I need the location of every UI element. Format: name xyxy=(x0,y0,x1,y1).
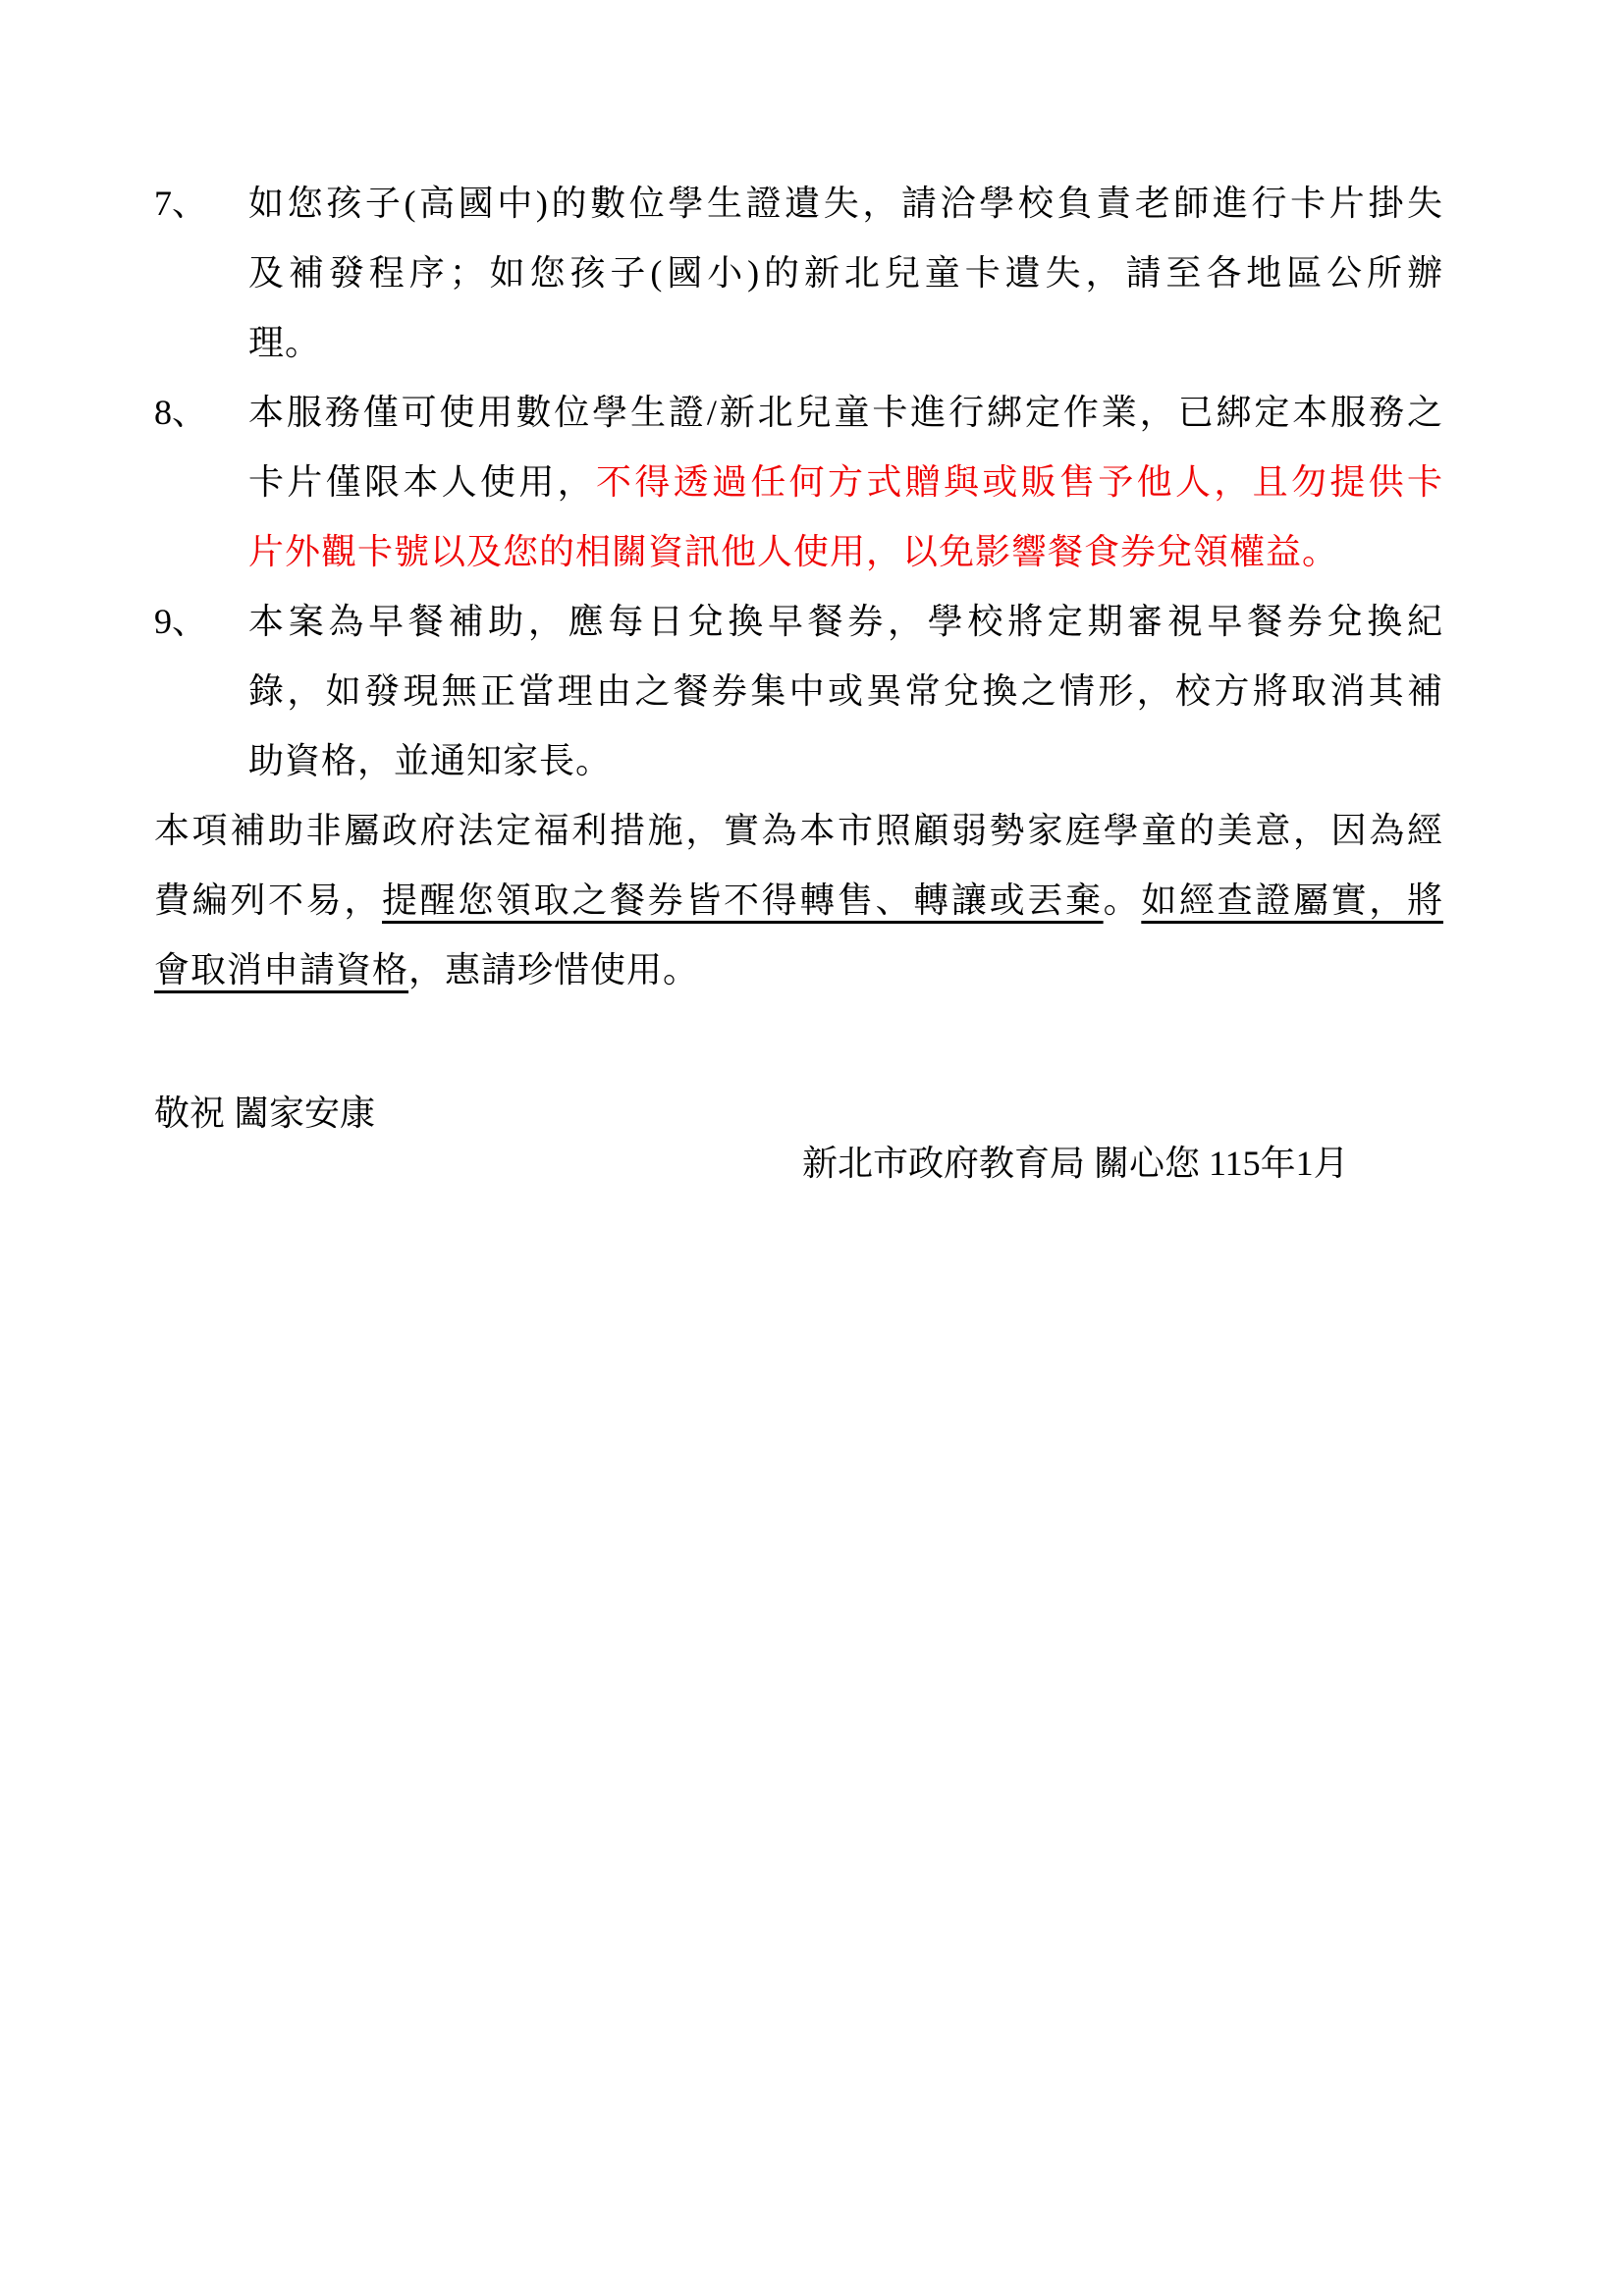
text-line: 卡片僅限本人使用，不得透過任何方式贈與或販售予他人，且勿提供卡 xyxy=(248,448,1443,517)
text-segment-normal: ，惠請珍惜使用。 xyxy=(408,950,699,989)
text-line: 錄，如發現無正當理由之餐券集中或異常兌換之情形，校方將取消其補 xyxy=(248,657,1443,726)
numbered-list: 7、如您孩子(高國中)的數位學生證遺失，請洽學校負責老師進行卡片掛失及補發程序；… xyxy=(154,169,1443,796)
text-segment-normal: 本案為早餐補助，應每日兌換早餐券，學校將定期審視早餐券兌換紀 xyxy=(248,602,1443,641)
list-item-number: 7、 xyxy=(154,169,207,239)
text-segment-red: 不得透過任何方式贈與或販售予他人，且勿提供卡 xyxy=(596,462,1443,502)
text-line: 及補發程序；如您孩子(國小)的新北兒童卡遺失，請至各地區公所辦 xyxy=(248,239,1443,308)
document-body: 7、如您孩子(高國中)的數位學生證遺失，請洽學校負責老師進行卡片掛失及補發程序；… xyxy=(154,169,1443,1199)
text-line: 本案為早餐補助，應每日兌換早餐券，學校將定期審視早餐券兌換紀 xyxy=(248,587,1443,657)
document-page: { "page": { "background_color": "#ffffff… xyxy=(0,0,1624,2296)
closing-paragraph: 本項補助非屬政府法定福利措施，實為本市照顧弱勢家庭學童的美意，因為經費編列不易，… xyxy=(154,796,1443,1005)
text-line: 助資格，並通知家長。 xyxy=(248,726,1443,796)
list-item: 7、如您孩子(高國中)的數位學生證遺失，請洽學校負責老師進行卡片掛失及補發程序；… xyxy=(154,169,1443,378)
text-segment-normal: 卡片僅限本人使用， xyxy=(248,462,596,502)
list-item-number: 8、 xyxy=(154,378,207,448)
text-segment-normal: 及補發程序；如您孩子(國小)的新北兒童卡遺失，請至各地區公所辦 xyxy=(248,253,1443,293)
list-item-number: 9、 xyxy=(154,587,207,657)
list-item: 9、本案為早餐補助，應每日兌換早餐券，學校將定期審視早餐券兌換紀錄，如發現無正當… xyxy=(154,587,1443,796)
text-segment-normal: 費編列不易， xyxy=(154,881,382,920)
text-segment-normal: 本服務僅可使用數位學生證/新北兒童卡進行綁定作業，已綁定本服務之 xyxy=(248,393,1443,432)
text-line: 如您孩子(高國中)的數位學生證遺失，請洽學校負責老師進行卡片掛失 xyxy=(248,169,1443,239)
text-segment-underline: 如經查證屬實，將 xyxy=(1141,881,1443,920)
text-segment-underline: 會取消申請資格 xyxy=(154,950,408,989)
text-line: 會取消申請資格，惠請珍惜使用。 xyxy=(154,935,1443,1005)
list-item: 8、本服務僅可使用數位學生證/新北兒童卡進行綁定作業，已綁定本服務之卡片僅限本人… xyxy=(154,378,1443,587)
text-segment-normal: 理。 xyxy=(248,323,321,362)
text-line: 本服務僅可使用數位學生證/新北兒童卡進行綁定作業，已綁定本服務之 xyxy=(248,378,1443,448)
text-segment-normal: 。 xyxy=(1104,881,1142,920)
text-line: 費編列不易，提醒您領取之餐券皆不得轉售、轉讓或丟棄。如經查證屬實，將 xyxy=(154,866,1443,935)
text-segment-normal: 助資格，並通知家長。 xyxy=(248,741,612,780)
text-segment-red: 片外觀卡號以及您的相關資訊他人使用，以免影響餐食券兌領權益。 xyxy=(248,532,1338,571)
text-line: 片外觀卡號以及您的相關資訊他人使用，以免影響餐食券兌領權益。 xyxy=(248,517,1443,587)
text-line: 本項補助非屬政府法定福利措施，實為本市照顧弱勢家庭學童的美意，因為經 xyxy=(154,796,1443,866)
text-segment-underline: 提醒您領取之餐券皆不得轉售、轉讓或丟棄 xyxy=(382,881,1104,920)
text-segment-normal: 本項補助非屬政府法定福利措施，實為本市照顧弱勢家庭學童的美意，因為經 xyxy=(154,811,1443,850)
text-line: 理。 xyxy=(248,308,1443,378)
text-segment-normal: 錄，如發現無正當理由之餐券集中或異常兌換之情形，校方將取消其補 xyxy=(248,671,1443,711)
text-segment-normal: 如您孩子(高國中)的數位學生證遺失，請洽學校負責老師進行卡片掛失 xyxy=(248,184,1443,223)
